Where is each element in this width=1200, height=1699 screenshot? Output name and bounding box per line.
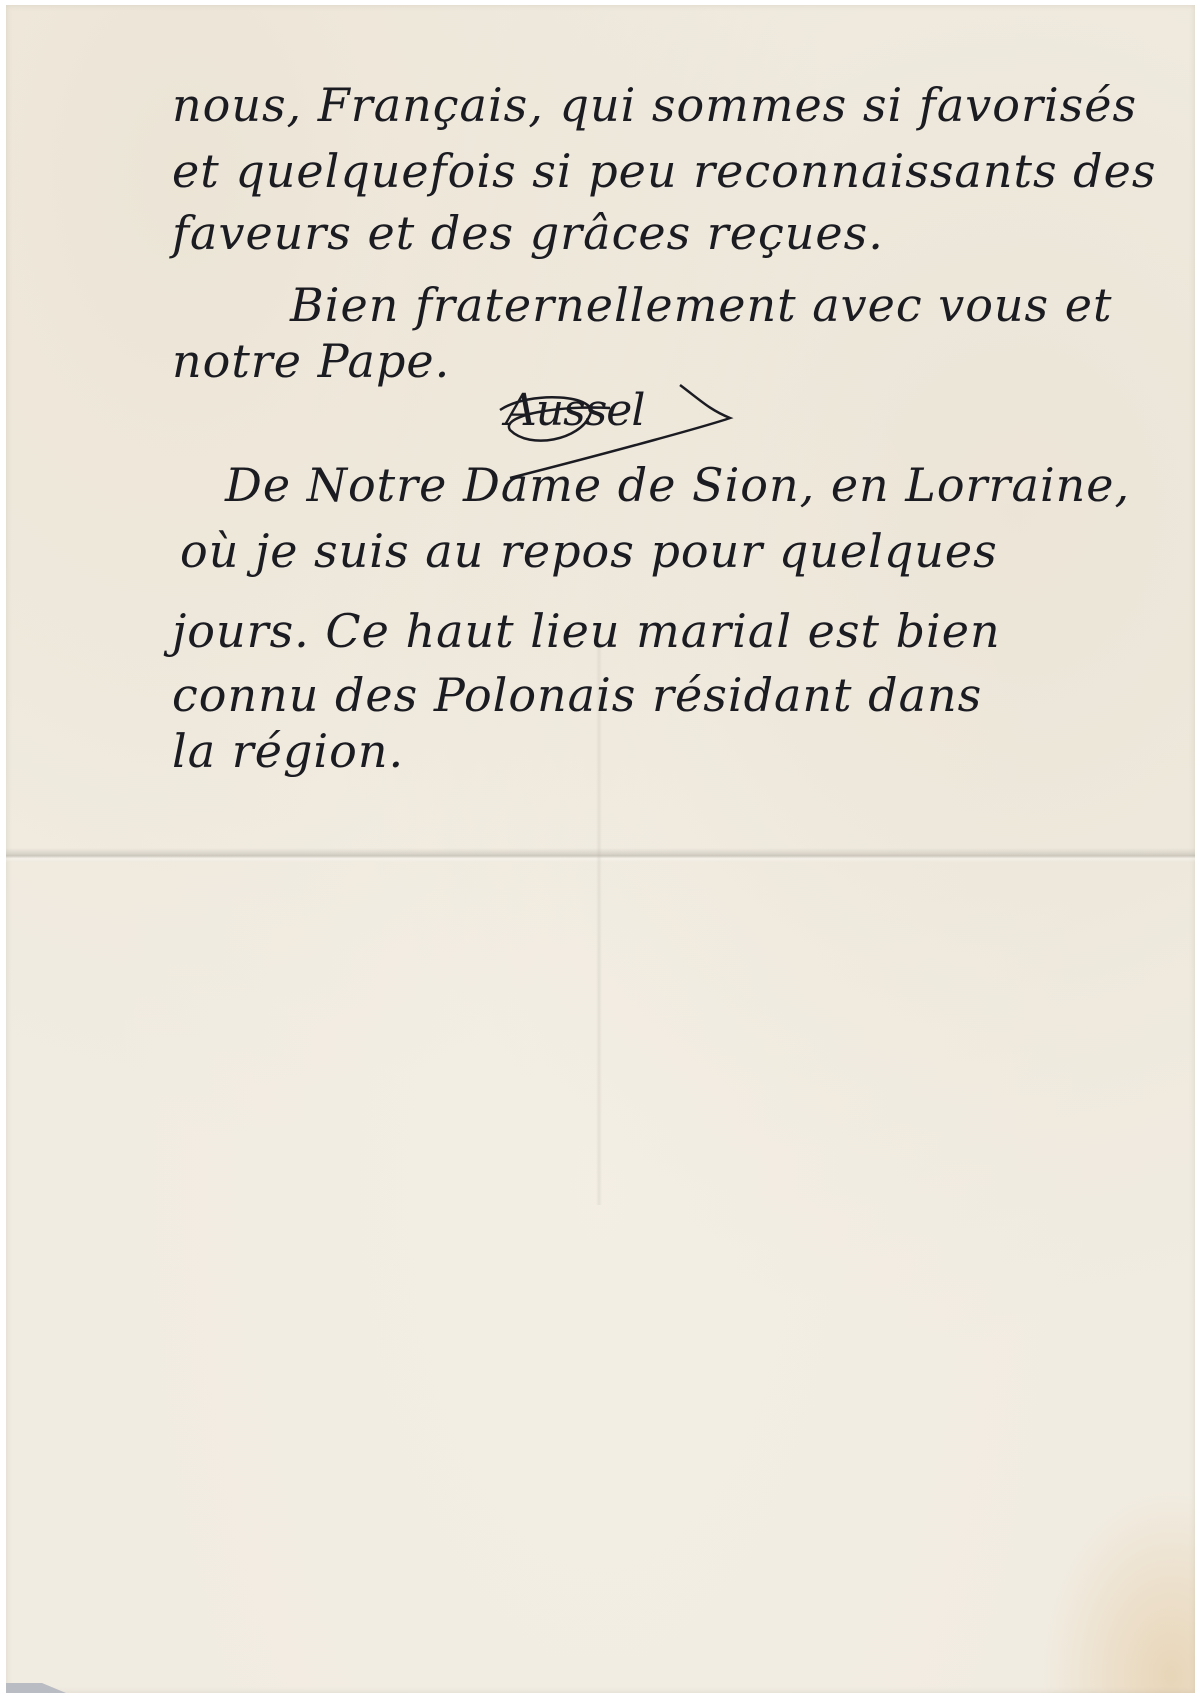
letter-line: la région. [172,728,404,774]
letter-line: jours. Ce haut lieu marial est bien [172,608,1001,654]
letter-line: et quelquefois si peu reconnaissants des [172,148,1156,194]
letter-line: connu des Polonais résidant dans [172,672,982,718]
letter-line: De Notre Dame de Sion, en Lorraine, [225,462,1130,508]
signature: Aussel [505,385,644,436]
letter-line: faveurs et des grâces reçues. [172,210,884,256]
closing-line: Bien fraternellement avec vous et [290,282,1112,328]
letter-line: nous, Français, qui sommes si favorisés [172,82,1137,128]
closing-line: notre Pape. [172,338,450,384]
letter-line: où je suis au repos pour quelques [180,528,998,574]
paper-fold-vertical [596,645,602,1205]
